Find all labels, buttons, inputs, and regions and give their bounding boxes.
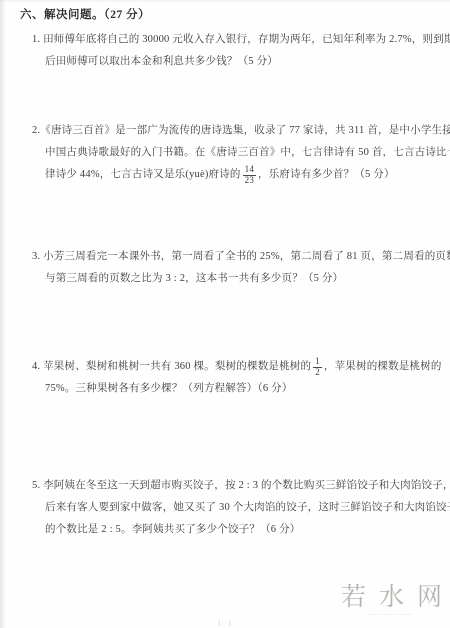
problem-4-line-2: 75%。三种果树各有多少棵？（列方程解答）（6 分）	[45, 378, 442, 400]
problem-1: 1. 田师傅年底将自己的 30000 元收入存入银行，存期为两年，已知年利率为 …	[45, 29, 442, 73]
watermark: 若水网 ---- ----- ------	[341, 584, 442, 618]
problem-3: 3. 小芳三周看完一本课外书，第一周看了全书的 25%，第二周看了 81 页，第…	[45, 246, 442, 290]
problem-4: 4. 苹果树、梨树和桃树一共有 360 棵。梨树的棵数是桃树的12，苹果树的棵数…	[45, 356, 442, 400]
problem-3-line-1: 3. 小芳三周看完一本课外书，第一周看了全书的 25%，第二周看了 81 页，第…	[45, 246, 442, 268]
problem-5-line-1: 5. 李阿姨在冬至这一天到超市购买饺子，按 2 : 3 的个数比购买三鲜馅饺子和…	[45, 475, 442, 497]
problem-2: 2.《唐诗三百首》是一部广为流传的唐诗选集，收录了 77 家诗，共 311 首，…	[45, 120, 442, 186]
page-number-mark: (··)	[0, 619, 450, 627]
watermark-text: 若水网	[341, 584, 450, 610]
problem-2-line-3: 律诗少 44%，七言古诗又是乐(yuè)府诗的1423，乐府诗有多少首？（5 分…	[45, 164, 442, 186]
section-heading-text: 六、解决问题。（27 分）	[20, 9, 150, 21]
problem-4-line-1: 4. 苹果树、梨树和桃树一共有 360 棵。梨树的棵数是桃树的12，苹果树的棵数…	[45, 356, 442, 378]
fraction: 1423	[243, 165, 256, 186]
fraction: 12	[313, 357, 322, 378]
problem-2-line-2: 中国古典诗歌最好的入门书籍。在《唐诗三百首》中，七言律诗有 50 首，七言古诗比…	[45, 142, 442, 164]
section-heading: 六、解决问题。（27 分）	[20, 8, 450, 23]
problem-1-line-2: 后田师傅可以取出本金和利息共多少钱？（5 分）	[45, 51, 442, 73]
problem-5-line-3: 的个数比是 2 : 5。李阿姨共买了多少个饺子？（6 分）	[45, 519, 442, 541]
problem-5-line-2: 后来有客人要到家中做客，她又买了 30 个大肉馅的饺子，这时三鲜馅饺子和大肉馅饺…	[45, 497, 442, 519]
watermark-subtext: ---- ----- ------	[341, 613, 442, 618]
problems-list: 1. 田师傅年底将自己的 30000 元收入存入银行，存期为两年，已知年利率为 …	[0, 29, 450, 541]
worksheet-page: 六、解决问题。（27 分） 1. 田师傅年底将自己的 30000 元收入存入银行…	[0, 0, 450, 628]
problem-3-line-2: 与第三周看的页数之比为 3 : 2，这本书一共有多少页？（5 分）	[45, 268, 442, 290]
problem-2-line-1: 2.《唐诗三百首》是一部广为流传的唐诗选集，收录了 77 家诗，共 311 首，…	[45, 120, 442, 142]
problem-5: 5. 李阿姨在冬至这一天到超市购买饺子，按 2 : 3 的个数比购买三鲜馅饺子和…	[45, 475, 442, 541]
problem-1-line-1: 1. 田师傅年底将自己的 30000 元收入存入银行，存期为两年，已知年利率为 …	[45, 29, 442, 51]
